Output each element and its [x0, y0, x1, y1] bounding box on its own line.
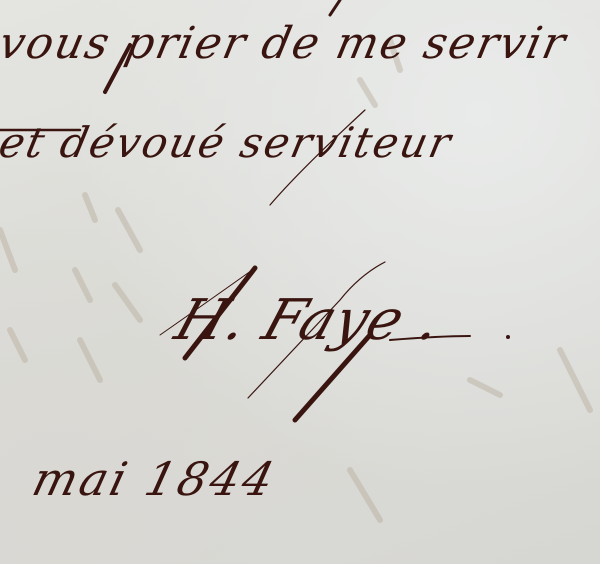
letter-paper: vous prier de me servir et dévoué servit… [0, 0, 600, 564]
signature: H. Faye . [167, 288, 450, 353]
letter-line-1: vous prier de me servir [0, 18, 572, 69]
letter-line-2: et dévoué serviteur [0, 118, 457, 167]
letter-date: mai 1844 [27, 452, 282, 506]
